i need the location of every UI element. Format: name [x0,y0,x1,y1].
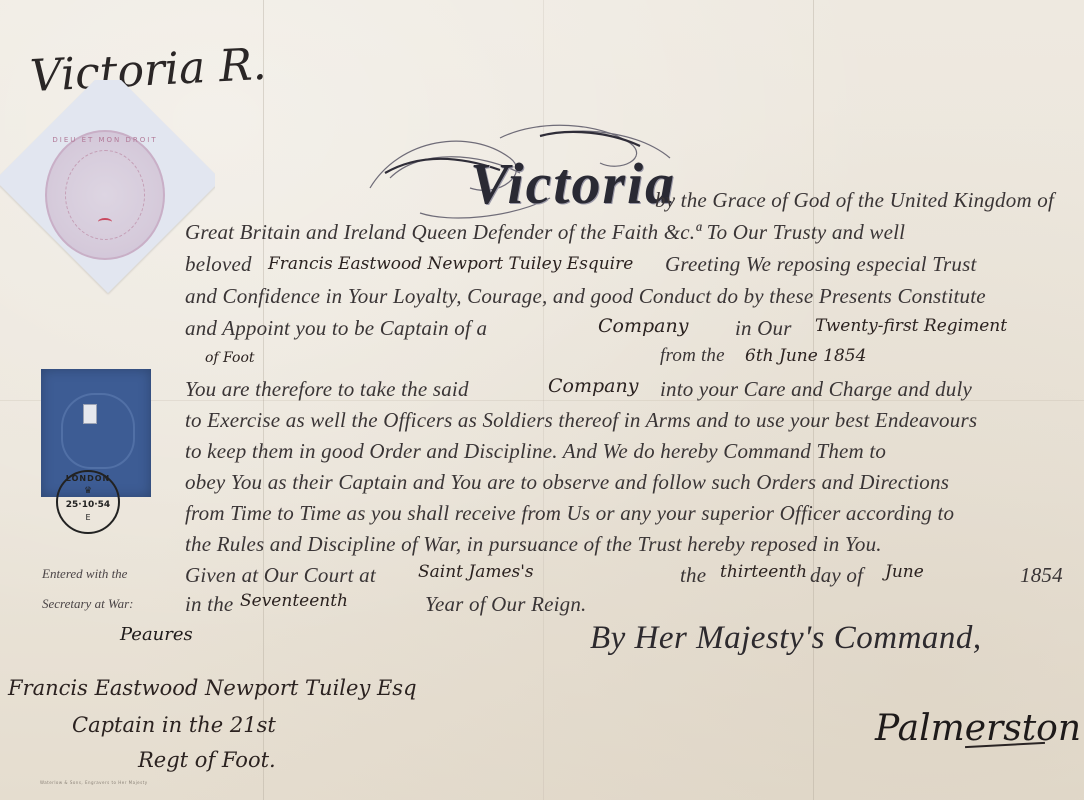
filled-of-foot: of Foot [205,350,255,366]
body-line-6b: into your Care and Charge and duly [660,377,972,402]
endorsement-name: Francis Eastwood Newport Tuiley Esq [8,676,417,700]
filled-month: June [885,562,924,582]
filled-reign-year: Seventeenth [240,591,348,611]
entered-label: Entered with the [42,566,127,582]
postmark-city: LONDON [58,474,118,483]
body-line-6a: You are therefore to take the said [185,377,469,402]
heading-line: by the Grace of God of the United Kingdo… [655,188,1054,213]
body-line-2a: beloved [185,252,252,277]
crown-icon: ♛ [58,486,118,496]
commission-document: Victoria R. DIEU ET MON DROIT LONDON ♛ 2… [0,0,1084,800]
body-line-2b: Greeting We reposing especial Trust [665,252,976,277]
filled-effective-date: 6th June 1854 [745,346,866,366]
filled-unit: Company [598,315,688,337]
body-line-1: Great Britain and Ireland Queen Defender… [185,220,905,245]
printer-imprint: Waterlow & Sons, Engravers to Her Majest… [40,780,148,785]
filled-regiment: Twenty-first Regiment [815,316,1007,336]
silver-tab-icon [83,404,97,424]
filled-unit-again: Company [548,375,638,397]
postmark-code: E [58,513,118,522]
embossed-crest-icon [61,393,135,469]
seal-legend: DIEU ET MON DROIT [47,136,163,144]
filled-name: Francis Eastwood Newport Tuiley Esquire [268,254,633,274]
body-line-7: to Exercise as well the Officers as Sold… [185,408,977,433]
postmark: LONDON ♛ 25·10·54 E [56,470,120,534]
endorsement-regiment: Regt of Foot. [138,748,276,772]
filled-year: 1854 [1020,563,1063,588]
secretary-label: Secretary at War: [42,596,133,612]
embossed-seal-icon: DIEU ET MON DROIT [45,130,165,260]
postmark-date: 25·10·54 [58,500,118,510]
seal-red-mark [98,218,112,226]
sovereign-title: Victoria [470,150,676,217]
body-line-10: from Time to Time as you shall receive f… [185,501,954,526]
reign-label: Year of Our Reign. [425,592,587,617]
body-line-11: the Rules and Discipline of War, in purs… [185,532,882,557]
seal-wafer: DIEU ET MON DROIT [0,80,215,335]
body-line-4a: and Appoint you to be Captain of a [185,316,487,341]
filled-day: thirteenth [720,562,807,582]
endorsement-rank: Captain in the 21st [72,713,276,737]
filled-court: Saint James's [418,562,534,582]
day-of-label: day of [810,563,863,588]
the-label: the [680,563,706,588]
seal-ring [65,150,145,240]
in-the-label: in the [185,592,233,617]
body-line-9: obey You as their Captain and You are to… [185,470,949,495]
secretary-signature: Peaures [120,624,193,645]
palmerston-signature: Palmerston [875,708,1081,749]
body-line-5: from the [660,345,725,367]
body-line-4b: in Our [735,316,792,341]
body-line-8: to keep them in good Order and Disciplin… [185,439,886,464]
command-line: By Her Majesty's Command, [590,620,982,657]
given-at-label: Given at Our Court at [185,563,376,588]
body-line-3: and Confidence in Your Loyalty, Courage,… [185,284,986,309]
